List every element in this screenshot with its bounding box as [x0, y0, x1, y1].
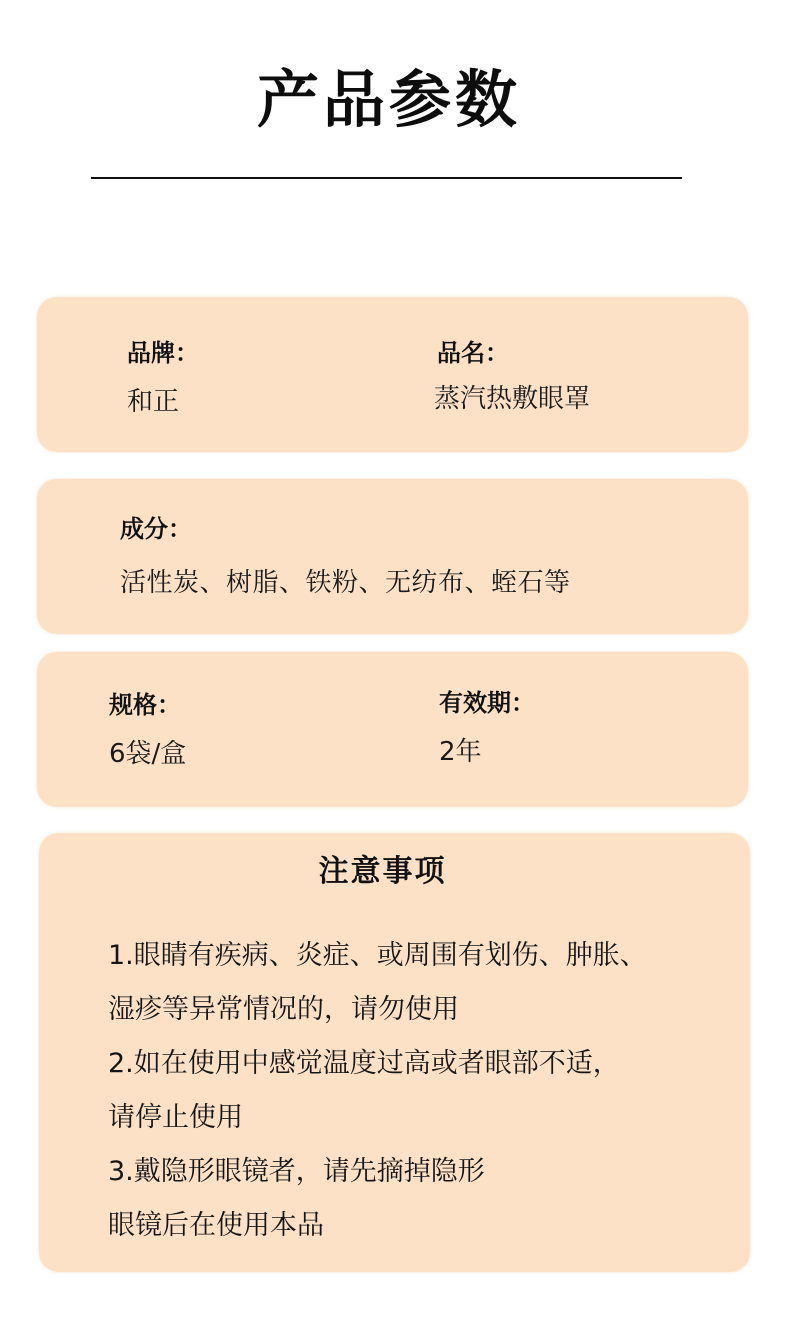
- brand-label: 品牌：: [127, 338, 199, 368]
- notice-line: 眼镜后在使用本品: [108, 1199, 728, 1253]
- brand-name-card: 品牌： 和正 品名： 蒸汽热敷眼罩: [37, 297, 748, 452]
- notice-line: 请停止使用: [108, 1091, 728, 1145]
- notice-line: 3.戴隐形眼镜者，请先摘掉隐形: [108, 1145, 728, 1199]
- ingredients-label: 成分：: [120, 514, 192, 544]
- page-title: 产品参数: [0, 62, 778, 138]
- ingredients-card: 成分： 活性炭、树脂、铁粉、无纺布、蛭石等: [37, 479, 748, 634]
- notice-title: 注意事项: [39, 853, 726, 891]
- notice-line: 2.如在使用中感觉温度过高或者眼部不适，: [108, 1037, 728, 1091]
- spec-card: 规格： 6袋/盒 有效期： 2年: [37, 652, 748, 807]
- spec-value: 6袋/盒: [109, 738, 186, 770]
- notice-line: 1.眼睛有疾病、炎症、或周围有划伤、肿胀、: [108, 929, 728, 983]
- title-divider: [91, 177, 682, 179]
- spec-label: 规格：: [109, 690, 181, 720]
- shelf-life-value: 2年: [439, 736, 482, 768]
- notice-line: 湿疹等异常情况的，请勿使用: [108, 983, 728, 1037]
- shelf-life-label: 有效期：: [439, 688, 535, 718]
- product-name-value: 蒸汽热敷眼罩: [434, 383, 590, 415]
- brand-value: 和正: [127, 386, 179, 418]
- notice-card: 注意事项 1.眼睛有疾病、炎症、或周围有划伤、肿胀、 湿疹等异常情况的，请勿使用…: [39, 833, 750, 1272]
- ingredients-value: 活性炭、树脂、铁粉、无纺布、蛭石等: [120, 567, 571, 599]
- product-name-label: 品名：: [437, 338, 509, 368]
- notice-list: 1.眼睛有疾病、炎症、或周围有划伤、肿胀、 湿疹等异常情况的，请勿使用 2.如在…: [108, 929, 728, 1253]
